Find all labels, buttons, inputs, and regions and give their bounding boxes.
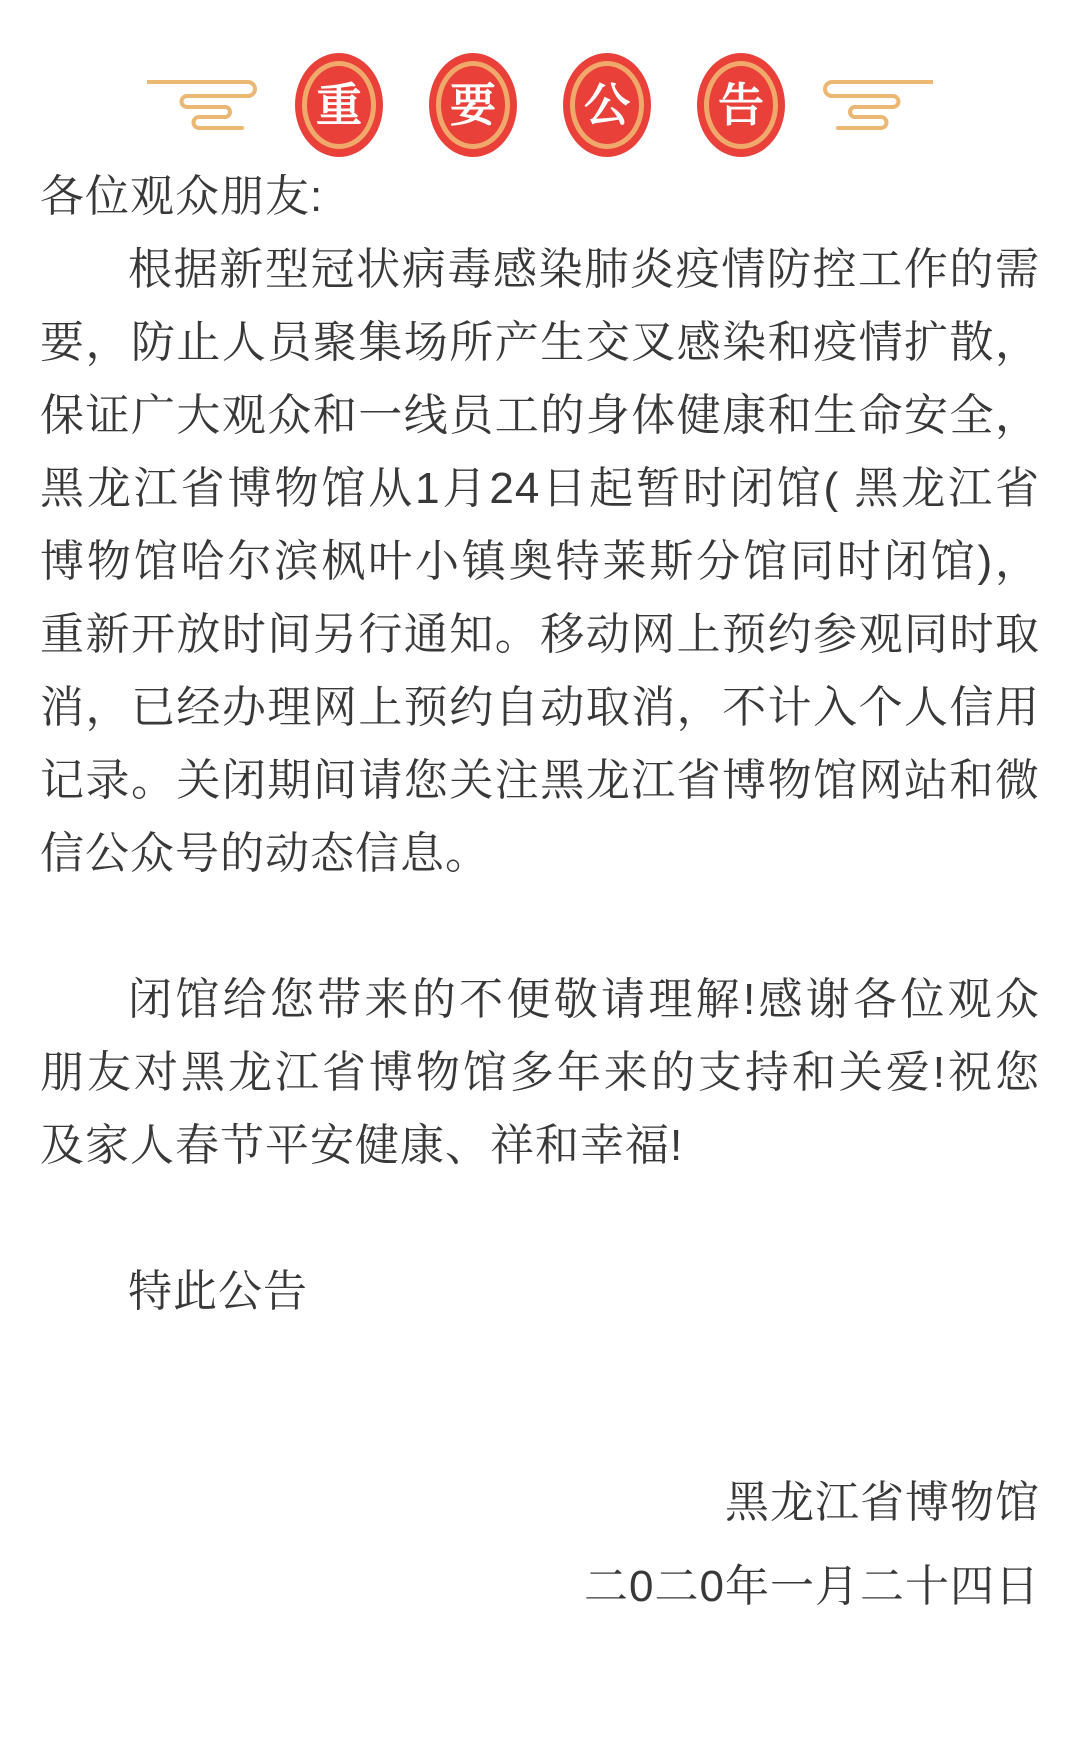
badge-char: 要 <box>450 82 496 128</box>
announcement-body: 各位观众朋友: 根据新型冠状病毒感染肺炎疫情防控工作的需要，防止人员聚集场所产生… <box>0 160 1080 1328</box>
signature: 黑龙江省博物馆 <box>40 1461 1040 1545</box>
cloud-scroll-left-icon <box>147 79 263 131</box>
salutation: 各位观众朋友: <box>40 160 1040 233</box>
announcement-footer: 黑龙江省博物馆 二0二0年一月二十四日 <box>0 1461 1080 1629</box>
date: 二0二0年一月二十四日 <box>40 1545 1040 1629</box>
title-badges: 重 要 公 告 <box>295 53 785 157</box>
cloud-path <box>148 82 255 128</box>
cloud-scroll-right-icon <box>817 79 933 131</box>
paragraph-closure-notice: 根据新型冠状病毒感染肺炎疫情防控工作的需要，防止人员聚集场所产生交叉感染和疫情扩… <box>40 233 1040 890</box>
cloud-path <box>825 82 932 128</box>
badge-zhong: 重 <box>295 53 383 157</box>
badge-gao: 告 <box>697 53 785 157</box>
announcement-header: 重 要 公 告 <box>0 0 1080 160</box>
badge-char: 公 <box>584 82 630 128</box>
paragraph-hereby-announced: 特此公告 <box>40 1255 1040 1328</box>
badge-char: 重 <box>316 82 362 128</box>
badge-yao: 要 <box>429 53 517 157</box>
badge-char: 告 <box>718 82 764 128</box>
paragraph-apology-wishes: 闭馆给您带来的不便敬请理解!感谢各位观众朋友对黑龙江省博物馆多年来的支持和关爱!… <box>40 963 1040 1182</box>
badge-gong: 公 <box>563 53 651 157</box>
